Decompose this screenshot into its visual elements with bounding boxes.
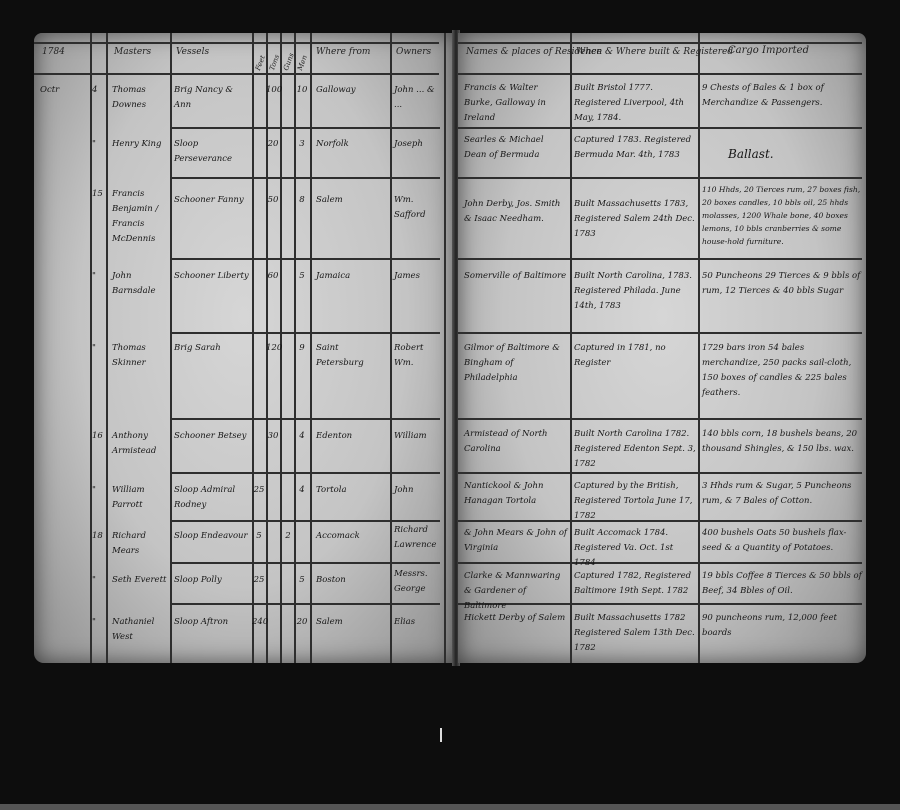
entry-built: Built North Carolina, 1783. Registered P…	[574, 269, 696, 314]
header-men: Men	[296, 54, 309, 72]
entry-residence: & John Mears & John of Virginia	[464, 526, 568, 556]
entry-men: 20	[294, 615, 310, 630]
entry-men: 4	[294, 483, 310, 498]
rule	[458, 472, 862, 474]
entry-men: 5	[294, 573, 310, 588]
entry-day: 15	[92, 187, 103, 202]
entry-built: Captured 1783. Registered Bermuda Mar. 4…	[574, 133, 696, 163]
entry-from: Norfolk	[316, 137, 388, 152]
entry-residence: John Derby, Jos. Smith & Isaac Needham.	[464, 197, 568, 227]
entry-men: 8	[294, 193, 310, 208]
header-where-from: Where from	[316, 47, 370, 57]
rule	[458, 42, 862, 44]
entry-owner: John ... & ...	[394, 83, 442, 113]
entry-from: Salem	[316, 193, 388, 208]
entry-residence: Somerville of Baltimore	[464, 269, 568, 284]
right-ledger-page: Names & places of Residence When & Where…	[458, 33, 866, 663]
entry-tons: 30	[266, 429, 280, 444]
entry-built: Built Accomack 1784. Registered Va. Oct.…	[574, 526, 696, 571]
entry-from: Boston	[316, 573, 388, 588]
entry-vessel: Sloop Admiral Rodney	[174, 483, 252, 513]
header-cargo: Cargo Imported	[728, 45, 809, 56]
entry-built: Built Massachusetts 1783, Registered Sal…	[574, 197, 696, 242]
entry-built: Captured 1782, Registered Baltimore 19th…	[574, 569, 696, 599]
entry-day: 18	[92, 529, 103, 544]
entry-cargo: 19 bbls Coffee 8 Tierces & 50 bbls of Be…	[702, 569, 862, 599]
entry-day: "	[92, 137, 96, 152]
entry-from: Accomack	[316, 529, 388, 544]
entry-built: Built Bristol 1777. Registered Liverpool…	[574, 81, 696, 126]
entry-owner: James	[394, 269, 442, 284]
rule	[170, 127, 440, 129]
entry-built: Captured in 1781, no Register	[574, 341, 696, 371]
entry-master: Thomas Downes	[112, 83, 170, 113]
entry-master: Thomas Skinner	[112, 341, 170, 371]
rule	[458, 418, 862, 420]
entry-vessel: Brig Sarah	[174, 341, 252, 356]
scan-edge	[0, 804, 900, 810]
entry-owner: Joseph	[394, 137, 442, 152]
entry-residence: Francis & Walter Burke, Galloway in Irel…	[464, 81, 568, 126]
scan-artifact-mark	[440, 728, 448, 742]
header-feet: Feet	[254, 54, 267, 71]
entry-men: 2	[280, 529, 296, 544]
entry-tons: 120	[266, 341, 280, 356]
entry-from: Saint Petersburg	[316, 341, 388, 371]
entry-built: Built North Carolina 1782. Registered Ed…	[574, 427, 696, 472]
entry-tons: 20	[266, 137, 280, 152]
rule	[458, 127, 862, 129]
entry-residence: Hickett Derby of Salem	[464, 611, 568, 626]
entry-cargo: 140 bbls corn, 18 bushels beans, 20 thou…	[702, 427, 862, 457]
entry-men: 9	[294, 341, 310, 356]
entry-from: Galloway	[316, 83, 388, 98]
rule	[458, 332, 862, 334]
entry-vessel: Brig Nancy & Ann	[174, 83, 252, 113]
entry-built: Captured by the British, Registered Tort…	[574, 479, 696, 524]
entry-owner: Messrs. George	[394, 567, 442, 597]
entry-day: "	[92, 483, 96, 498]
entry-men: 10	[294, 83, 310, 98]
entry-owner: Robert Wm.	[394, 341, 442, 371]
header-vessels: Vessels	[176, 47, 209, 57]
entry-owner: Elias	[394, 615, 442, 630]
entry-master: Henry King	[112, 137, 170, 152]
entry-tons: 60	[266, 269, 280, 284]
header-owners: Owners	[396, 47, 431, 57]
entry-master: Anthony Armistead	[112, 429, 170, 459]
entry-residence: Clarke & Mannwaring & Gardener of Baltim…	[464, 569, 568, 614]
entry-cargo: 9 Chests of Bales & 1 box of Merchandize…	[702, 81, 862, 111]
entry-built: Built Massachusetts 1782 Registered Sale…	[574, 611, 696, 656]
entry-master: John Barnsdale	[112, 269, 170, 299]
rule	[170, 472, 440, 474]
entry-tons: 240	[252, 615, 266, 630]
entry-cargo: Ballast.	[728, 147, 858, 162]
entry-cargo: 400 bushels Oats 50 bushels flax-seed & …	[702, 526, 862, 556]
entry-men: 3	[294, 137, 310, 152]
entry-men: 4	[294, 429, 310, 444]
entry-day: "	[92, 269, 96, 284]
entry-cargo: 50 Puncheons 29 Tierces & 9 bbls of rum,…	[702, 269, 862, 299]
entry-owner: John	[394, 483, 442, 498]
entry-day: 16	[92, 429, 103, 444]
entry-from: Jamaica	[316, 269, 388, 284]
entry-master: Seth Everett	[112, 573, 170, 588]
entry-vessel: Schooner Liberty	[174, 269, 252, 284]
entry-tons: 50	[266, 193, 280, 208]
entry-master: Francis Benjamin / Francis McDennis	[112, 187, 170, 247]
entry-residence: Searles & Michael Dean of Bermuda	[464, 133, 568, 163]
rule	[458, 73, 862, 75]
entry-day: 4	[92, 83, 97, 98]
entry-vessel: Schooner Fanny	[174, 193, 252, 208]
entry-tons: 100	[266, 83, 280, 98]
entry-cargo: 1729 bars iron 54 bales merchandize, 250…	[702, 341, 862, 401]
rule	[458, 258, 862, 260]
rule	[170, 603, 440, 605]
entry-residence: Nantickool & John Hanagan Tortola	[464, 479, 568, 509]
entry-cargo: 3 Hhds rum & Sugar, 5 Puncheons rum, & 7…	[702, 479, 862, 509]
left-ledger-page: 1784 Masters Vessels Feet Tons Guns Men …	[34, 33, 454, 663]
entry-cargo: 90 puncheons rum, 12,000 feet boards	[702, 611, 862, 641]
rule	[170, 562, 440, 564]
rule	[34, 73, 439, 75]
rule	[170, 418, 440, 420]
entry-owner: William	[394, 429, 442, 444]
entry-vessel: Schooner Betsey	[174, 429, 252, 444]
entry-from: Edenton	[316, 429, 388, 444]
header-masters: Masters	[114, 47, 151, 57]
entry-day: "	[92, 615, 96, 630]
entry-tons: 25	[252, 573, 266, 588]
entry-vessel: Sloop Aftron	[174, 615, 252, 630]
rule	[170, 520, 440, 522]
entry-owner: Wm. Safford	[394, 193, 442, 223]
entry-from: Salem	[316, 615, 388, 630]
entry-month: Octr	[40, 83, 59, 98]
rule	[106, 33, 108, 663]
entry-residence: Armistead of North Carolina	[464, 427, 568, 457]
entry-vessel: Sloop Perseverance	[174, 137, 252, 167]
entry-vessel: Sloop Endeavour	[174, 529, 252, 544]
entry-vessel: Sloop Polly	[174, 573, 252, 588]
header-date: 1784	[42, 47, 65, 57]
rule	[34, 42, 439, 44]
entry-residence: Gilmor of Baltimore & Bingham of Philade…	[464, 341, 568, 386]
entry-day: "	[92, 573, 96, 588]
entry-tons: 5	[252, 529, 266, 544]
entry-cargo: 110 Hhds, 20 Tierces rum, 27 boxes fish,…	[702, 183, 862, 248]
entry-tons: 25	[252, 483, 266, 498]
entry-master: Richard Mears	[112, 529, 170, 559]
entry-day: "	[92, 341, 96, 356]
rule	[458, 177, 862, 179]
header-built-registered: When & Where built & Registered	[576, 47, 733, 57]
entry-owner: Richard Lawrence	[394, 523, 442, 553]
entry-master: Nathaniel West	[112, 615, 170, 645]
rule	[170, 332, 440, 334]
entry-from: Tortola	[316, 483, 388, 498]
rule	[170, 177, 440, 179]
entry-master: William Parrott	[112, 483, 170, 513]
entry-men: 5	[294, 269, 310, 284]
rule	[444, 33, 446, 663]
rule	[170, 258, 440, 260]
